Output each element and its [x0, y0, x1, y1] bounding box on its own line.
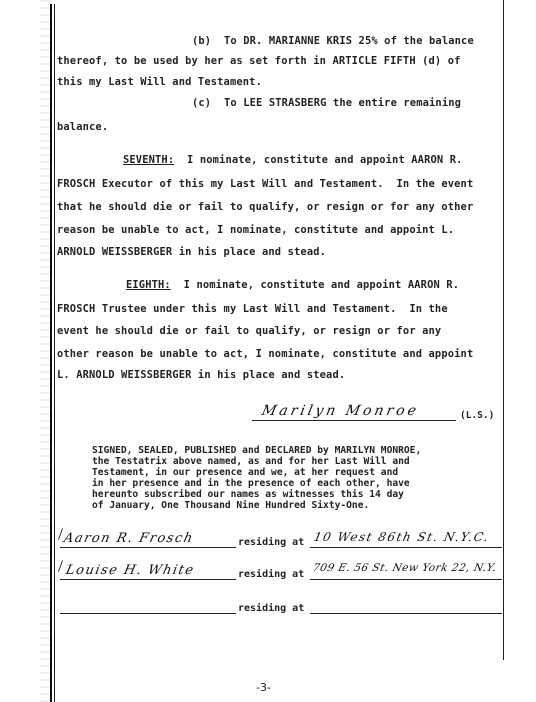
text-line: that he should die or fail to qualify, o… — [57, 201, 473, 213]
address-line — [310, 547, 502, 548]
attestation-line: the Testatrix above named, as and for he… — [92, 456, 410, 467]
text-line: EIGHTH: I nominate, constitute and appoi… — [126, 279, 459, 291]
text-line: balance. — [57, 121, 108, 133]
text-line: (b) To DR. MARIANNE KRIS 25% of the bala… — [192, 35, 474, 47]
text-line: thereof, to be used by her as set forth … — [57, 55, 461, 67]
residing-label: residing at — [238, 603, 304, 614]
address-line — [310, 613, 502, 614]
text-line: FROSCH Trustee under this my Last Will a… — [57, 303, 448, 315]
witness-signature: Aaron R. Frosch — [62, 531, 195, 546]
text-line: this my Last Will and Testament. — [57, 76, 262, 88]
text-line: reason be unable to act, I nominate, con… — [57, 224, 454, 236]
left-margin-rule — [50, 4, 52, 702]
check-mark-icon — [58, 560, 63, 572]
text-line: event he should die or fail to qualify, … — [57, 325, 441, 337]
text-span: I nominate, constitute and appoint AARON… — [171, 279, 459, 291]
text-line: SEVENTH: I nominate, constitute and appo… — [123, 154, 463, 166]
text-span: I nominate, constitute and appoint AARON… — [174, 154, 462, 166]
seal-label: (L.S.) — [460, 410, 494, 421]
signature-line — [60, 547, 236, 548]
attestation-line: hereunto subscribed our names as witness… — [92, 489, 404, 500]
page-number: -3- — [256, 681, 271, 694]
attestation-line: Testament, in our presence and we, at he… — [92, 467, 398, 478]
witness-address: 709 E. 56 St. New York 22, N.Y. — [312, 562, 498, 574]
attestation-line: SIGNED, SEALED, PUBLISHED and DECLARED b… — [92, 445, 421, 456]
address-line — [310, 579, 502, 580]
signature-line — [252, 420, 456, 421]
text-line: (c) To LEE STRASBERG the entire remainin… — [192, 97, 461, 109]
article-heading: EIGHTH: — [126, 279, 171, 291]
attestation-line: of January, One Thousand Nine Hundred Si… — [92, 500, 369, 511]
right-margin-rule — [503, 0, 504, 660]
attestation-line: in her presence and in the presence of e… — [92, 478, 410, 489]
check-mark-icon — [58, 528, 63, 540]
article-heading: SEVENTH: — [123, 154, 174, 166]
text-line: other reason be unable to act, I nominat… — [57, 348, 473, 360]
text-line: FROSCH Executor of this my Last Will and… — [57, 178, 473, 190]
witness-signature: Louise H. White — [64, 563, 196, 578]
text-line: ARNOLD WEISSBERGER in his place and stea… — [57, 246, 326, 258]
signature-line — [60, 613, 236, 614]
text-line: L. ARNOLD WEISSBERGER in his place and s… — [57, 369, 345, 381]
residing-label: residing at — [238, 537, 304, 548]
witness-address: 10 West 86th St. N.Y.C. — [313, 530, 491, 544]
handwritten-signature: Marilyn Monroe — [260, 403, 420, 419]
residing-label: residing at — [238, 569, 304, 580]
signature-line — [60, 579, 236, 580]
left-margin-rule-inner — [54, 4, 55, 702]
